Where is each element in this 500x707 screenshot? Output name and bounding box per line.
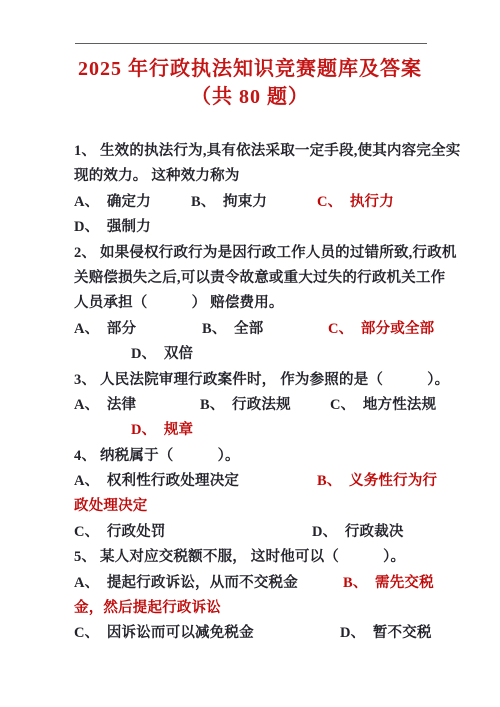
option-text: C、 行政处罚 bbox=[74, 520, 166, 545]
document-title-line2: （共 80 题） bbox=[0, 83, 500, 111]
option-text: A、 提起行政诉讼，从而不交税金 bbox=[74, 571, 298, 596]
document-line: 5、 某人对应交税额不服， 这时他可以（ ）。 bbox=[74, 545, 464, 570]
document-line: 现的效力。 这种效力称为 bbox=[74, 164, 464, 189]
question-stem-text: 4、 纳税属于（ ）。 bbox=[74, 444, 240, 469]
document-line: C、 因诉讼而可以减免税金D、 暂不交税 bbox=[74, 621, 464, 646]
document-line: 4、 纳税属于（ ）。 bbox=[74, 444, 464, 469]
option-text: D、 行政裁决 bbox=[312, 520, 404, 545]
option-text: A、 权利性行政处理决定 bbox=[74, 469, 239, 494]
horizontal-divider bbox=[75, 43, 427, 44]
option-text: A、 部分 bbox=[74, 317, 136, 342]
option-text: B、 行政法规 bbox=[200, 393, 291, 418]
document-line: 3、 人民法院审理行政案件时， 作为参照的是（ ）。 bbox=[74, 368, 464, 393]
option-text: A、 法律 bbox=[74, 393, 136, 418]
document-line: A、 权利性行政处理决定B、 义务性行为行 bbox=[74, 469, 464, 494]
document-line: 1、 生效的执法行为,具有依法采取一定手段,使其内容完全实 bbox=[74, 139, 464, 164]
document-line: D、 双倍 bbox=[74, 342, 464, 367]
answer-option-answer-text: B、 需先交税 bbox=[343, 571, 434, 596]
question-stem-text: 2、 如果侵权行政行为是因行政工作人员的过错所致,行政机 bbox=[74, 241, 457, 266]
document-title: 2025 年行政执法知识竞赛题库及答案 （共 80 题） bbox=[0, 55, 500, 111]
question-list: 1、 生效的执法行为,具有依法采取一定手段,使其内容完全实现的效力。 这种效力称… bbox=[74, 139, 464, 647]
question-stem-text: 1、 生效的执法行为,具有依法采取一定手段,使其内容完全实 bbox=[74, 139, 460, 164]
answer-option-answer-text: C、 执行力 bbox=[317, 190, 394, 215]
document-line: 关赔偿损失之后,可以责令故意或重大过失的行政机关工作 bbox=[74, 266, 464, 291]
option-text: B、 全部 bbox=[202, 317, 263, 342]
document-line: C、 行政处罚D、 行政裁决 bbox=[74, 520, 464, 545]
document-line: D、 强制力 bbox=[74, 215, 464, 240]
option-text: A、 确定力 bbox=[74, 190, 151, 215]
document-title-line1: 2025 年行政执法知识竞赛题库及答案 bbox=[0, 55, 500, 83]
answer-continuation-answer-text: 政处理决定 bbox=[74, 494, 148, 519]
document-page: 2025 年行政执法知识竞赛题库及答案 （共 80 题） 1、 生效的执法行为,… bbox=[0, 0, 500, 707]
answer-option-answer-text: C、 部分或全部 bbox=[328, 317, 434, 342]
option-text: D、 双倍 bbox=[131, 342, 193, 367]
option-text: D、 强制力 bbox=[74, 215, 151, 240]
document-line: 金，然后提起行政诉讼 bbox=[74, 596, 464, 621]
document-line: 2、 如果侵权行政行为是因行政工作人员的过错所致,行政机 bbox=[74, 241, 464, 266]
document-line: A、 部分B、 全部C、 部分或全部 bbox=[74, 317, 464, 342]
question-stem-text: 人员承担（ ） 赔偿费用。 bbox=[74, 291, 284, 316]
option-text: D、 暂不交税 bbox=[340, 621, 432, 646]
answer-option-answer-text: D、 规章 bbox=[131, 418, 193, 443]
option-text: C、 地方性法规 bbox=[330, 393, 436, 418]
document-line: 人员承担（ ） 赔偿费用。 bbox=[74, 291, 464, 316]
option-text: B、 拘束力 bbox=[191, 190, 267, 215]
document-line: A、 法律B、 行政法规C、 地方性法规 bbox=[74, 393, 464, 418]
document-line: A、 确定力B、 拘束力C、 执行力 bbox=[74, 190, 464, 215]
document-line: A、 提起行政诉讼，从而不交税金B、 需先交税 bbox=[74, 571, 464, 596]
answer-continuation-answer-text: 金，然后提起行政诉讼 bbox=[74, 596, 221, 621]
option-text: C、 因诉讼而可以减免税金 bbox=[74, 621, 254, 646]
document-line: 政处理决定 bbox=[74, 494, 464, 519]
answer-option-answer-text: B、 义务性行为行 bbox=[317, 469, 437, 494]
question-stem-text: 5、 某人对应交税额不服， 这时他可以（ ）。 bbox=[74, 545, 405, 570]
document-line: D、 规章 bbox=[74, 418, 464, 443]
question-stem-text: 3、 人民法院审理行政案件时， 作为参照的是（ ）。 bbox=[74, 368, 449, 393]
question-stem-text: 关赔偿损失之后,可以责令故意或重大过失的行政机关工作 bbox=[74, 266, 445, 291]
question-stem-text: 现的效力。 这种效力称为 bbox=[74, 164, 240, 189]
